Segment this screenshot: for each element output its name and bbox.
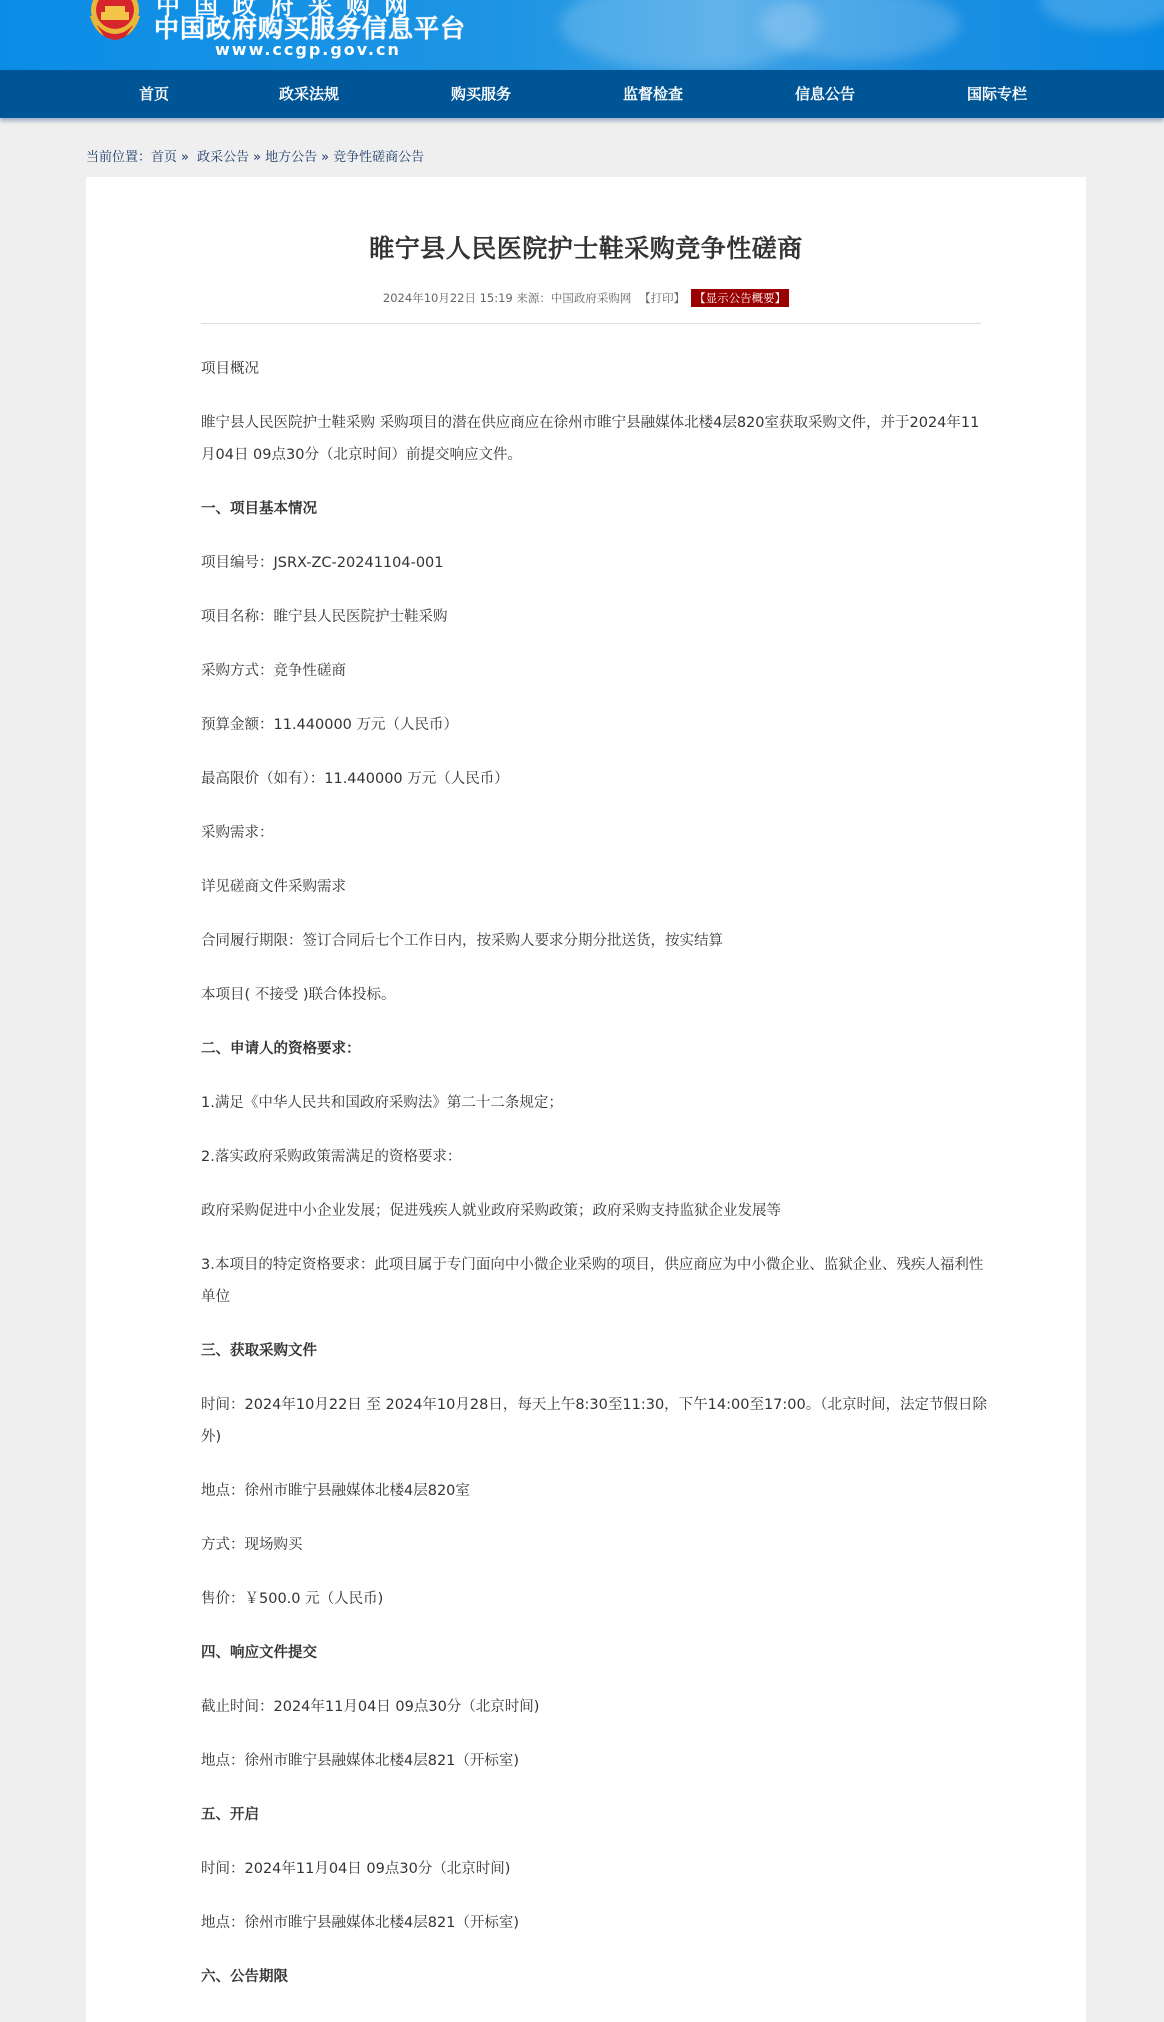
paragraph: 时间：2024年10月22日 至 2024年10月28日，每天上午8:30至11… [201,1389,991,1453]
section-heading: 二、申请人的资格要求： [201,1033,991,1065]
paragraph: 售价：￥500.0 元（人民币) [201,1583,991,1615]
article-body: 项目概况 睢宁县人民医院护士鞋采购 采购项目的潜在供应商应在徐州市睢宁县融媒体北… [201,353,991,2015]
paragraph: 地点：徐州市睢宁县融媒体北楼4层820室 [201,1475,991,1507]
paragraph: 项目编号：JSRX-ZC-20241104-001 [201,547,991,579]
nav-item-announcements[interactable]: 信息公告 [795,70,855,118]
paragraph: 地点：徐州市睢宁县融媒体北楼4层821（开标室) [201,1745,991,1777]
paragraph: 预算金额：11.440000 万元（人民币） [201,709,991,741]
paragraph: 详见磋商文件采购需求 [201,871,991,903]
paragraph: 1.满足《中华人民共和国政府采购法》第二十二条规定； [201,1087,991,1119]
breadcrumb-home[interactable]: 首页 [151,150,177,165]
paragraph: 截止时间：2024年11月04日 09点30分（北京时间) [201,1691,991,1723]
breadcrumb-procurement-notices[interactable]: 政采公告 [197,150,249,165]
paragraph: 本项目( 不接受 )联合体投标。 [201,979,991,1011]
article-title: 睢宁县人民医院护士鞋采购竞争性磋商 [86,229,1086,265]
cloud-decoration [1040,0,1164,30]
nav-item-supervision[interactable]: 监督检查 [623,70,683,118]
logo-url: www.ccgp.gov.cn [215,40,401,59]
nav-item-purchase-services[interactable]: 购买服务 [451,70,511,118]
paragraph: 政府采购促进中小企业发展；促进残疾人就业政府采购政策；政府采购支持监狱企业发展等 [201,1195,991,1227]
paragraph: 采购需求： [201,817,991,849]
print-link[interactable]: 【打印】 [639,291,685,305]
paragraph: 时间：2024年11月04日 09点30分（北京时间) [201,1853,991,1885]
show-summary-button[interactable]: 【显示公告概要】 [691,289,789,307]
paragraph: 方式：现场购买 [201,1529,991,1561]
paragraph: 3.本项目的特定资格要求：此项目属于专门面向中小微企业采购的项目，供应商应为中小… [201,1249,991,1313]
paragraph: 睢宁县人民医院护士鞋采购 采购项目的潜在供应商应在徐州市睢宁县融媒体北楼4层82… [201,407,991,471]
paragraph: 采购方式：竞争性磋商 [201,655,991,687]
paragraph: 项目名称：睢宁县人民医院护士鞋采购 [201,601,991,633]
site-header: 中国政府采购网 中国政府购买服务信息平台 www.ccgp.gov.cn [0,0,1164,70]
article-meta: 2024年10月22日 15:19 来源：中国政府采购网 【打印】【显示公告概要… [86,289,1086,307]
title-divider [201,323,981,324]
source-name: 中国政府采购网 [551,291,632,305]
paragraph: 合同履行期限：签订合同后七个工作日内，按采购人要求分期分批送货，按实结算 [201,925,991,957]
article-panel: 睢宁县人民医院护士鞋采购竞争性磋商 2024年10月22日 15:19 来源：中… [86,177,1086,2022]
breadcrumb-separator: » [321,150,329,165]
source-label: 来源： [516,291,551,305]
section-heading: 五、开启 [201,1799,991,1831]
paragraph: 2.落实政府采购政策需满足的资格要求： [201,1141,991,1173]
section-heading: 一、项目基本情况 [201,493,991,525]
breadcrumb-competitive-consultation[interactable]: 竞争性磋商公告 [333,150,424,165]
breadcrumb-local-notices[interactable]: 地方公告 [265,150,317,165]
national-emblem-icon [86,0,144,42]
section-heading: 六、公告期限 [201,1961,991,1993]
nav-item-home[interactable]: 首页 [139,70,169,118]
main-nav: 首页 政采法规 购买服务 监督检查 信息公告 国际专栏 [0,70,1164,118]
paragraph: 地点：徐州市睢宁县融媒体北楼4层821（开标室) [201,1907,991,1939]
section-heading: 三、获取采购文件 [201,1335,991,1367]
publish-datetime: 2024年10月22日 15:19 [383,291,513,305]
breadcrumb-separator: » [253,150,261,165]
paragraph: 最高限价（如有）：11.440000 万元（人民币） [201,763,991,795]
breadcrumb-prefix: 当前位置： [86,150,151,165]
breadcrumb-separator: » [181,150,189,165]
nav-item-international[interactable]: 国际专栏 [967,70,1027,118]
paragraph: 项目概况 [201,353,991,385]
section-heading: 四、响应文件提交 [201,1637,991,1669]
breadcrumb: 当前位置：首页» 政采公告»地方公告»竞争性磋商公告 [86,146,424,165]
nav-item-regulations[interactable]: 政采法规 [279,70,339,118]
